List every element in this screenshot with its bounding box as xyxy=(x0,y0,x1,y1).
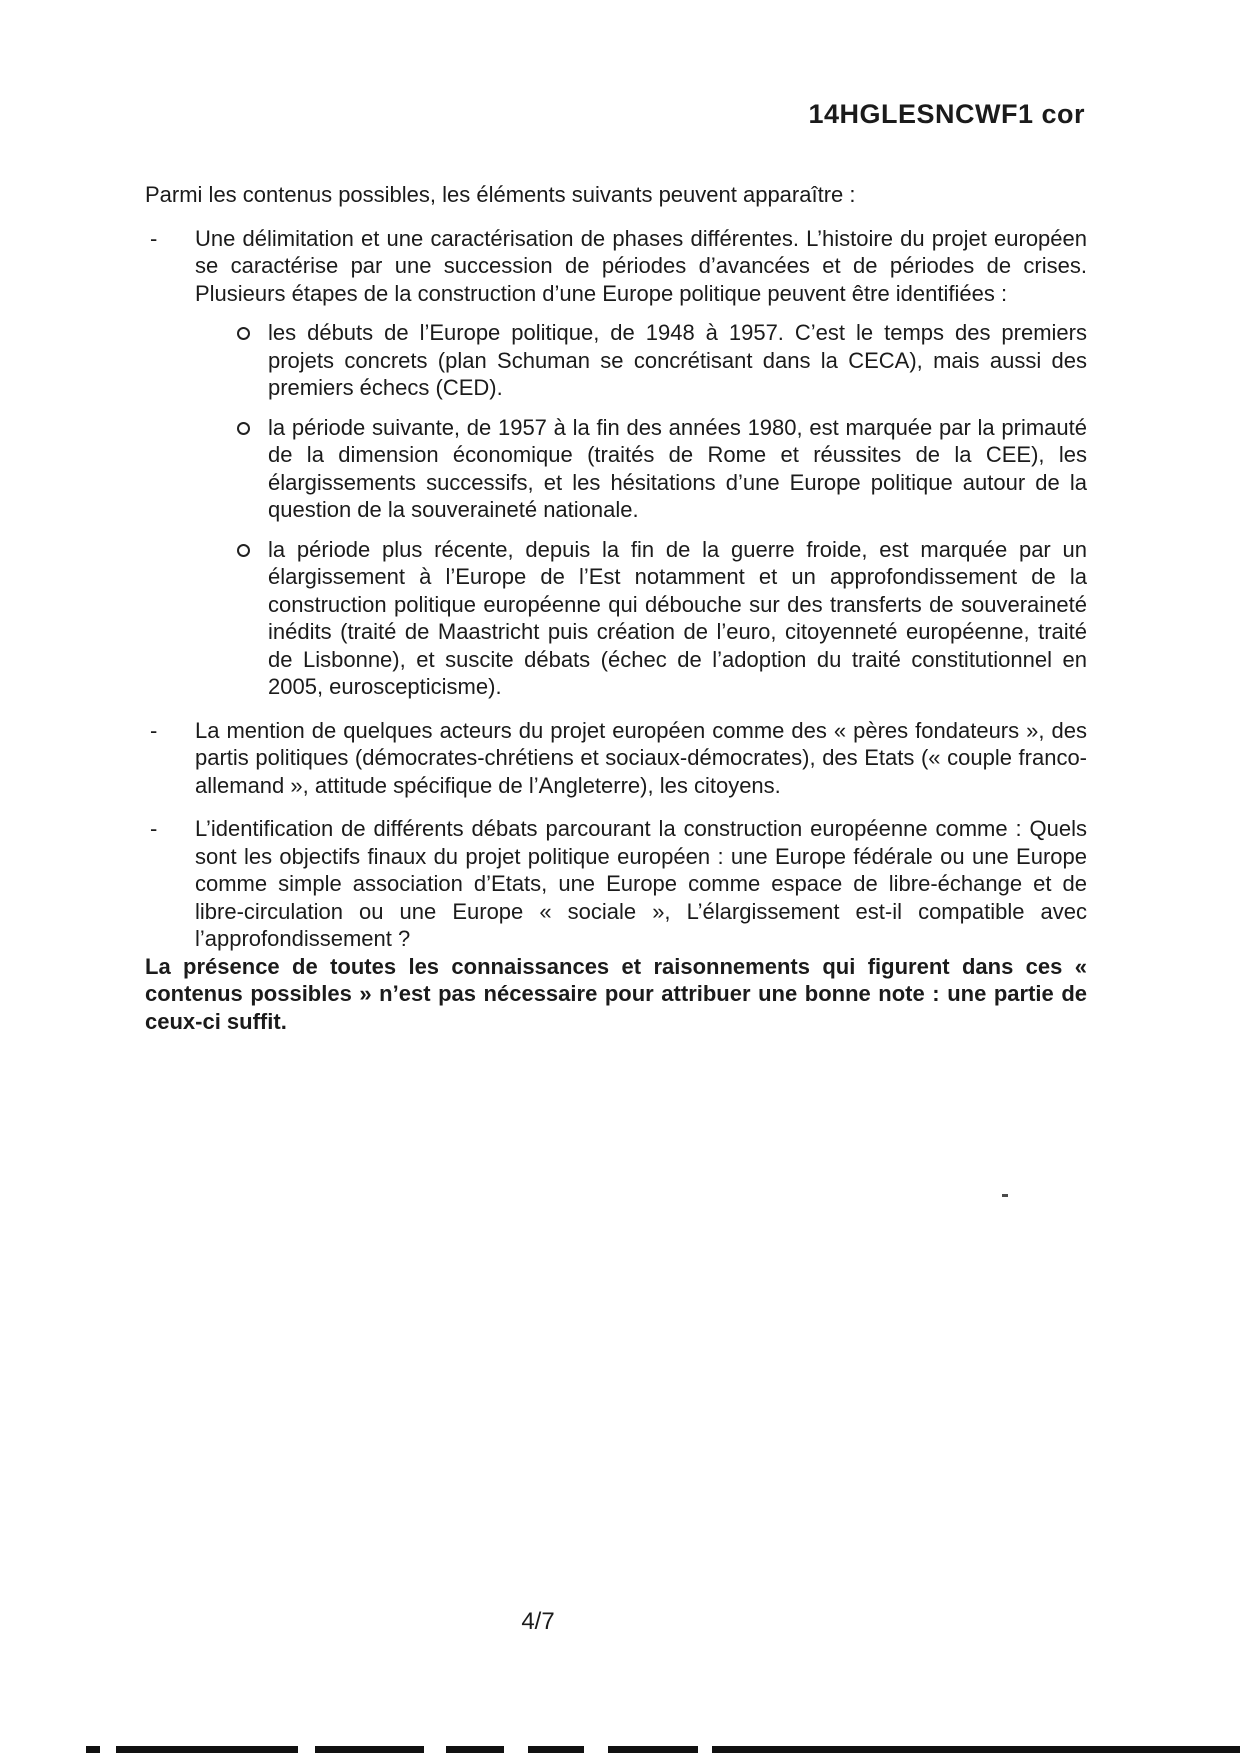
sub-bullet-item: la période plus récente, depuis la fin d… xyxy=(145,536,1087,701)
bullet-text: L’identification de différents débats pa… xyxy=(145,815,1087,953)
document-body: Parmi les contenus possibles, les élémen… xyxy=(145,181,1087,1035)
circle-bullet-icon xyxy=(237,544,250,557)
bullet-item: - L’identification de différents débats … xyxy=(145,815,1087,953)
bullet-text: Une délimitation et une caractérisation … xyxy=(145,225,1087,308)
dash-bullet-marker: - xyxy=(150,225,157,253)
sub-bullet-text: la période suivante, de 1957 à la fin de… xyxy=(145,414,1087,524)
scan-speck-artifact xyxy=(1002,1194,1008,1197)
document-code: 14HGLESNCWF1 cor xyxy=(145,99,1085,130)
bullet-item: - Une délimitation et une caractérisatio… xyxy=(145,225,1087,701)
intro-paragraph: Parmi les contenus possibles, les élémen… xyxy=(145,181,1087,209)
closing-note: La présence de toutes les connaissances … xyxy=(145,953,1087,1036)
dash-bullet-marker: - xyxy=(150,815,157,843)
bullet-text: La mention de quelques acteurs du projet… xyxy=(145,717,1087,800)
bullet-item: - La mention de quelques acteurs du proj… xyxy=(145,717,1087,800)
sub-bullet-text: la période plus récente, depuis la fin d… xyxy=(145,536,1087,701)
sub-bullet-item: les débuts de l’Europe politique, de 194… xyxy=(145,319,1087,402)
scanned-document-page: 14HGLESNCWF1 cor Parmi les contenus poss… xyxy=(0,0,1240,1753)
sub-bullet-text: les débuts de l’Europe politique, de 194… xyxy=(145,319,1087,402)
page-number: 4/7 xyxy=(0,1608,1076,1636)
dash-bullet-marker: - xyxy=(150,717,157,745)
sub-bullet-item: la période suivante, de 1957 à la fin de… xyxy=(145,414,1087,524)
circle-bullet-icon xyxy=(237,422,250,435)
circle-bullet-icon xyxy=(237,327,250,340)
scan-edge-artifact xyxy=(0,1746,1240,1753)
